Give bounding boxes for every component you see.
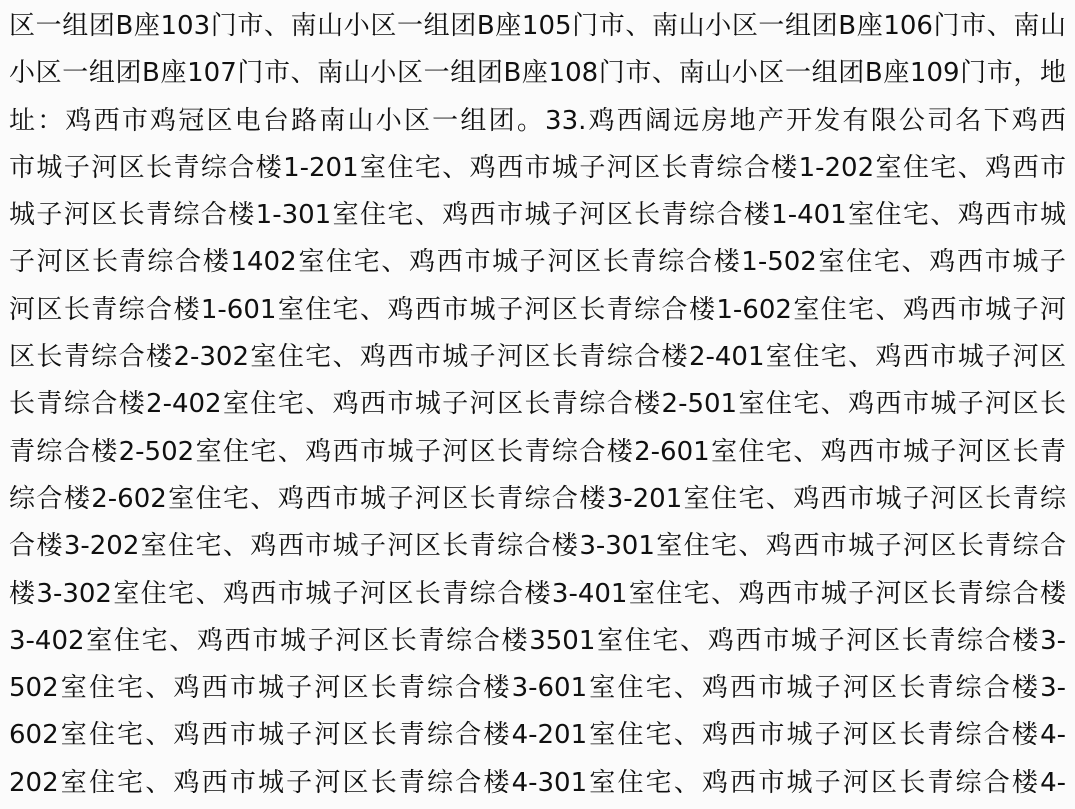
text-line: 子河区长青综合楼1402室住宅、鸡西市城子河区长青综合楼1-502室住宅、鸡西市… <box>9 239 1066 286</box>
text-line: 602室住宅、鸡西市城子河区长青综合楼4-201室住宅、鸡西市城子河区长青综合楼… <box>9 712 1066 759</box>
document-page: 区一组团B座103门市、南山小区一组团B座105门市、南山小区一组团B座106门… <box>0 0 1075 809</box>
text-line: 区一组团B座103门市、南山小区一组团B座105门市、南山小区一组团B座106门… <box>9 3 1066 50</box>
text-line: 202室住宅、鸡西市城子河区长青综合楼4-301室住宅、鸡西市城子河区长青综合楼… <box>9 760 1066 807</box>
text-line: 3-402室住宅、鸡西市城子河区长青综合楼3501室住宅、鸡西市城子河区长青综合… <box>9 618 1066 665</box>
text-line: 小区一组团B座107门市、南山小区一组团B座108门市、南山小区一组团B座109… <box>9 50 1066 97</box>
text-line: 河区长青综合楼1-601室住宅、鸡西市城子河区长青综合楼1-602室住宅、鸡西市… <box>9 287 1066 334</box>
text-line: 长青综合楼2-402室住宅、鸡西市城子河区长青综合楼2-501室住宅、鸡西市城子… <box>9 381 1066 428</box>
text-line: 区长青综合楼2-302室住宅、鸡西市城子河区长青综合楼2-401室住宅、鸡西市城… <box>9 334 1066 381</box>
text-line: 合楼3-202室住宅、鸡西市城子河区长青综合楼3-301室住宅、鸡西市城子河区长… <box>9 523 1066 570</box>
text-line: 综合楼2-602室住宅、鸡西市城子河区长青综合楼3-201室住宅、鸡西市城子河区… <box>9 476 1066 523</box>
text-line: 502室住宅、鸡西市城子河区长青综合楼3-601室住宅、鸡西市城子河区长青综合楼… <box>9 665 1066 712</box>
text-line: 城子河区长青综合楼1-301室住宅、鸡西市城子河区长青综合楼1-401室住宅、鸡… <box>9 192 1066 239</box>
text-line: 青综合楼2-502室住宅、鸡西市城子河区长青综合楼2-601室住宅、鸡西市城子河… <box>9 429 1066 476</box>
text-line: 市城子河区长青综合楼1-201室住宅、鸡西市城子河区长青综合楼1-202室住宅、… <box>9 145 1066 192</box>
text-line: 址：鸡西市鸡冠区电台路南山小区一组团。33.鸡西阔远房地产开发有限公司名下鸡西 <box>9 98 1066 145</box>
text-line: 楼3-302室住宅、鸡西市城子河区长青综合楼3-401室住宅、鸡西市城子河区长青… <box>9 571 1066 618</box>
